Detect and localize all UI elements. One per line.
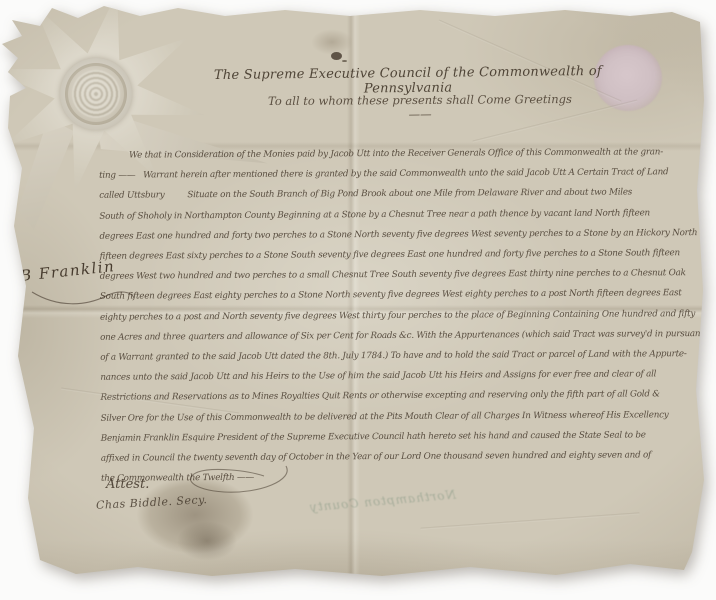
pen-flourish: [168, 462, 298, 498]
signature-flourish: [28, 284, 138, 310]
ink-blot: [331, 52, 342, 60]
secretary-signature: Chas Biddle. Secy.: [96, 493, 208, 512]
parchment-wrinkle: [420, 512, 640, 529]
document-photo: The Supreme Executive Council of the Com…: [0, 0, 716, 600]
manuscript-body: We that in Consideration of the Monies p…: [99, 142, 669, 489]
ink-bleedthrough-text: Northampton County: [290, 486, 476, 516]
parchment: The Supreme Executive Council of the Com…: [0, 0, 716, 600]
attest-label: Attest.: [106, 477, 149, 492]
parchment-shadow: The Supreme Executive Council of the Com…: [0, 0, 716, 600]
embossed-state-seal-icon: [60, 58, 132, 130]
document-salutation: To all to whom these presents shall Come…: [255, 92, 585, 122]
